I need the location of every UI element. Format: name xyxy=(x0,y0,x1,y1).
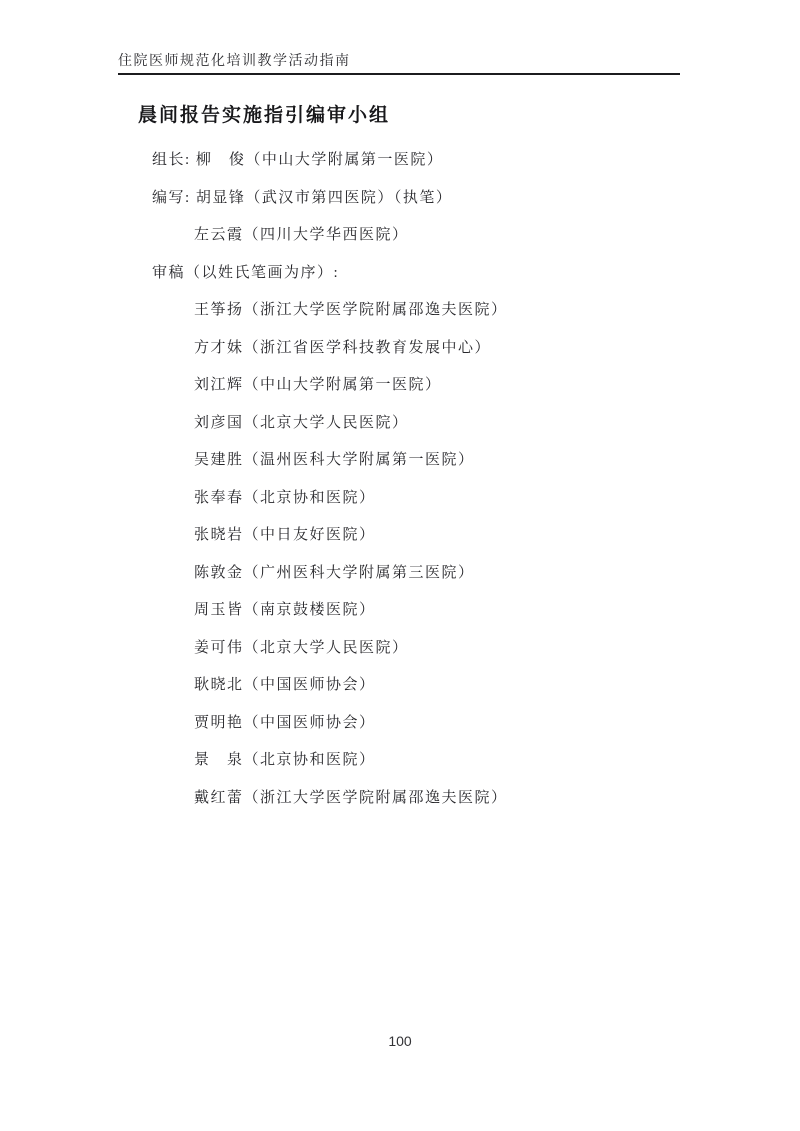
credit-line-label xyxy=(152,489,194,508)
credit-line: 吴建胜（温州医科大学附属第一医院） xyxy=(152,451,712,470)
credit-line: 姜可伟（北京大学人民医院） xyxy=(152,639,712,658)
credit-line: 耿晓北（中国医师协会） xyxy=(152,676,712,695)
page-number: 100 xyxy=(0,1033,800,1049)
credit-line-label xyxy=(152,339,194,358)
credit-line-label xyxy=(152,639,194,658)
credit-line-label xyxy=(152,526,194,545)
credit-line-label: 审稿（以姓氏笔画为序）: xyxy=(152,264,339,283)
credit-line: 刘江辉（中山大学附属第一医院） xyxy=(152,376,712,395)
credit-line-label xyxy=(152,676,194,695)
credit-line: 陈敦金（广州医科大学附属第三医院） xyxy=(152,564,712,583)
credit-line-text: 姜可伟（北京大学人民医院） xyxy=(194,639,409,658)
credit-line-text: 陈敦金（广州医科大学附属第三医院） xyxy=(194,564,475,583)
header-rule xyxy=(118,73,680,75)
credit-line: 编写: 胡显锋（武汉市第四医院）（执笔） xyxy=(152,189,712,208)
credit-line-label xyxy=(152,226,194,245)
credit-line-text: 周玉皆（南京鼓楼医院） xyxy=(194,601,376,620)
credit-line-label xyxy=(152,376,194,395)
credit-line-text: 戴红蕾（浙江大学医学院附属邵逸夫医院） xyxy=(194,789,508,808)
credit-line: 王筝扬（浙江大学医学院附属邵逸夫医院） xyxy=(152,301,712,320)
credit-line: 景 泉（北京协和医院） xyxy=(152,751,712,770)
credit-line-label xyxy=(152,301,194,320)
credit-line-text: 刘彦国（北京大学人民医院） xyxy=(194,414,409,433)
credit-line-text: 胡显锋（武汉市第四医院）（执笔） xyxy=(196,189,453,208)
credit-line-text: 张奉春（北京协和医院） xyxy=(194,489,376,508)
credit-line-text: 张晓岩（中日友好医院） xyxy=(194,526,376,545)
credit-line-label xyxy=(152,564,194,583)
credit-line-text: 王筝扬（浙江大学医学院附属邵逸夫医院） xyxy=(194,301,508,320)
credit-line-label xyxy=(152,751,194,770)
credit-line-label: 编写: xyxy=(152,189,196,208)
credit-line-label: 组长: xyxy=(152,151,196,170)
credit-line-text: 方才妹（浙江省医学科技教育发展中心） xyxy=(194,339,491,358)
credit-line-text: 左云霞（四川大学华西医院） xyxy=(194,226,409,245)
running-header-text: 住院医师规范化培训教学活动指南 xyxy=(118,54,682,73)
credit-line-text: 柳 俊（中山大学附属第一医院） xyxy=(196,151,444,170)
credit-line-text: 贾明艳（中国医师协会） xyxy=(194,714,376,733)
document-page: 住院医师规范化培训教学活动指南 晨间报告实施指引编审小组 组长: 柳 俊（中山大… xyxy=(0,0,800,1131)
credit-line-text: 景 泉（北京协和医院） xyxy=(194,751,376,770)
credit-line-label xyxy=(152,451,194,470)
credit-line: 审稿（以姓氏笔画为序）: xyxy=(152,264,712,283)
credit-line-label xyxy=(152,789,194,808)
credit-line-text: 耿晓北（中国医师协会） xyxy=(194,676,376,695)
credit-line: 左云霞（四川大学华西医院） xyxy=(152,226,712,245)
credit-line-label xyxy=(152,714,194,733)
credit-line-text: 刘江辉（中山大学附属第一医院） xyxy=(194,376,442,395)
credit-line-text: 吴建胜（温州医科大学附属第一医院） xyxy=(194,451,475,470)
credit-line: 张晓岩（中日友好医院） xyxy=(152,526,712,545)
running-header: 住院医师规范化培训教学活动指南 xyxy=(118,54,682,75)
page-title: 晨间报告实施指引编审小组 xyxy=(138,104,390,128)
credit-line: 贾明艳（中国医师协会） xyxy=(152,714,712,733)
credits-list: 组长: 柳 俊（中山大学附属第一医院） 编写: 胡显锋（武汉市第四医院）（执笔）… xyxy=(152,151,712,826)
credit-line: 周玉皆（南京鼓楼医院） xyxy=(152,601,712,620)
credit-line: 刘彦国（北京大学人民医院） xyxy=(152,414,712,433)
credit-line-label xyxy=(152,414,194,433)
credit-line: 张奉春（北京协和医院） xyxy=(152,489,712,508)
credit-line: 戴红蕾（浙江大学医学院附属邵逸夫医院） xyxy=(152,789,712,808)
credit-line: 组长: 柳 俊（中山大学附属第一医院） xyxy=(152,151,712,170)
credit-line-label xyxy=(152,601,194,620)
credit-line: 方才妹（浙江省医学科技教育发展中心） xyxy=(152,339,712,358)
